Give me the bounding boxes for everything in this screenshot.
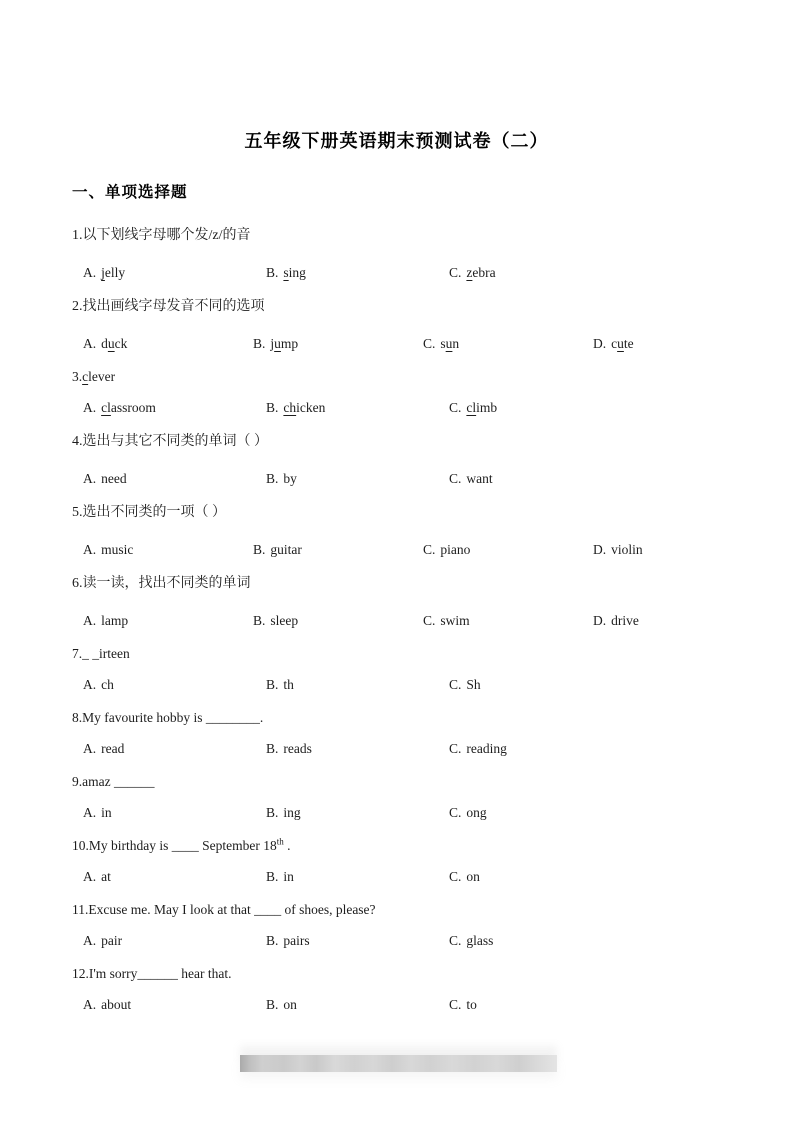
option-word: ong <box>466 805 486 820</box>
option-word: on <box>466 869 480 884</box>
option-word: on <box>283 997 297 1012</box>
underlined-letters: cl <box>101 400 111 415</box>
option-word: jelly <box>101 265 125 280</box>
option-word: drive <box>611 613 639 628</box>
option-label: B. <box>266 471 278 486</box>
question-block: 6.读一读，找出不同类的单词A.lampB.sleepC.swimD.drive <box>72 574 733 630</box>
option-item: C.reading <box>449 740 507 758</box>
question-block: 5.选出不同类的一项（ ）A.musicB.guitarC.pianoD.vio… <box>72 503 733 559</box>
option-label: A. <box>83 869 96 884</box>
question-stem: 10.My birthday is ____ September 18th . <box>72 837 733 855</box>
option-label: C. <box>449 933 461 948</box>
option-word: glass <box>466 933 493 948</box>
option-item: A.duck <box>83 335 253 353</box>
option-word: ch <box>101 677 114 692</box>
option-label: C. <box>423 613 435 628</box>
text-run: 8.My favourite hobby is ________. <box>72 710 263 725</box>
text-run: 12.I'm sorry______ hear that. <box>72 966 232 981</box>
option-item: A.lamp <box>83 612 253 630</box>
option-label: B. <box>253 336 265 351</box>
underlined-letters: cl <box>466 400 476 415</box>
option-item: B.sleep <box>253 612 423 630</box>
option-item: B.chicken <box>266 399 449 417</box>
option-label: A. <box>83 805 96 820</box>
text-run: 6.读一读，找出不同类的单词 <box>72 576 251 591</box>
option-label: C. <box>449 741 461 756</box>
option-label: B. <box>266 997 278 1012</box>
question-block: 4.选出与其它不同类的单词（ ）A.needB.byC.want <box>72 432 733 488</box>
option-item: A.in <box>83 804 266 822</box>
text-run: elly <box>105 265 125 280</box>
option-label: D. <box>593 542 606 557</box>
text-run: guitar <box>270 542 302 557</box>
option-word: sing <box>283 265 306 280</box>
options-row: A.inB.ingC.ong <box>72 804 733 822</box>
options-row: A.musicB.guitarC.pianoD.violin <box>72 541 733 559</box>
option-item: C.want <box>449 470 493 488</box>
option-item: B.pairs <box>266 932 449 950</box>
underlined-letters: u <box>108 336 115 351</box>
option-item: C.swim <box>423 612 593 630</box>
option-item: B.sing <box>266 264 449 282</box>
text-run: music <box>101 542 133 557</box>
text-run: pair <box>101 933 122 948</box>
question-stem: 12.I'm sorry______ hear that. <box>72 965 733 983</box>
option-word: duck <box>101 336 127 351</box>
question-block: 12.I'm sorry______ hear that.A.aboutB.on… <box>72 965 733 1014</box>
text-run: need <box>101 471 126 486</box>
text-run: icken <box>296 400 325 415</box>
option-item: A.about <box>83 996 266 1014</box>
text-run: about <box>101 997 131 1012</box>
question-block: 7._ _irteenA.chB.thC.Sh <box>72 645 733 694</box>
option-label: B. <box>266 400 278 415</box>
text-run: ch <box>101 677 114 692</box>
option-word: zebra <box>466 265 495 280</box>
text-run: d <box>101 336 108 351</box>
option-item: C.sun <box>423 335 593 353</box>
option-word: in <box>283 869 294 884</box>
option-label: A. <box>83 336 96 351</box>
option-word: at <box>101 869 111 884</box>
option-word: climb <box>466 400 497 415</box>
option-item: B.ing <box>266 804 449 822</box>
text-run: lamp <box>101 613 128 628</box>
text-run: Sh <box>466 677 480 692</box>
underlined-letters: u <box>274 336 281 351</box>
question-stem: 4.选出与其它不同类的单词（ ） <box>72 432 733 452</box>
options-row: A.lampB.sleepC.swimD.drive <box>72 612 733 630</box>
text-run: n <box>452 336 459 351</box>
option-word: piano <box>440 542 470 557</box>
question-list: 1.以下划线字母哪个发/z/的音A.jellyB.singC.zebra2.找出… <box>72 226 733 1014</box>
option-item: B.on <box>266 996 449 1014</box>
text-run: te <box>624 336 634 351</box>
option-item: A.need <box>83 470 266 488</box>
exam-page: 五年级下册英语期末预测试卷（二） 一、单项选择题 1.以下划线字母哪个发/z/的… <box>0 0 793 1122</box>
option-item: C.Sh <box>449 676 481 694</box>
option-word: jump <box>270 336 298 351</box>
section-heading: 一、单项选择题 <box>72 180 733 202</box>
text-run: sleep <box>270 613 298 628</box>
option-label: C. <box>449 869 461 884</box>
option-word: guitar <box>270 542 302 557</box>
option-item: A.music <box>83 541 253 559</box>
option-word: want <box>466 471 492 486</box>
question-block: 11.Excuse me. May I look at that ____ of… <box>72 901 733 950</box>
text-run: pairs <box>283 933 309 948</box>
text-run: assroom <box>111 400 156 415</box>
options-row: A.aboutB.onC.to <box>72 996 733 1014</box>
question-stem: 3.clever <box>72 368 733 386</box>
text-run: . <box>284 838 291 853</box>
option-label: C. <box>449 471 461 486</box>
text-run: th <box>283 677 294 692</box>
option-word: need <box>101 471 126 486</box>
option-item: B.in <box>266 868 449 886</box>
text-run: ong <box>466 805 486 820</box>
option-item: A.ch <box>83 676 266 694</box>
question-stem: 5.选出不同类的一项（ ） <box>72 503 733 523</box>
text-run: in <box>283 869 294 884</box>
option-label: C. <box>449 265 461 280</box>
option-label: D. <box>593 336 606 351</box>
text-run: violin <box>611 542 643 557</box>
option-item: C.glass <box>449 932 493 950</box>
text-run: want <box>466 471 492 486</box>
text-run: lever <box>88 369 115 384</box>
option-word: reading <box>466 741 506 756</box>
option-label: A. <box>83 542 96 557</box>
option-word: ing <box>283 805 300 820</box>
question-stem: 11.Excuse me. May I look at that ____ of… <box>72 901 733 919</box>
option-label: C. <box>449 677 461 692</box>
option-word: music <box>101 542 133 557</box>
option-label: B. <box>266 741 278 756</box>
text-run: 3. <box>72 369 82 384</box>
options-row: A.duckB.jumpC.sunD.cute <box>72 335 733 353</box>
question-block: 10.My birthday is ____ September 18th .A… <box>72 837 733 886</box>
option-item: A.classroom <box>83 399 266 417</box>
text-run: ebra <box>472 265 495 280</box>
option-word: cute <box>611 336 634 351</box>
option-word: Sh <box>466 677 480 692</box>
option-word: pairs <box>283 933 309 948</box>
text-run: to <box>466 997 477 1012</box>
option-word: sun <box>440 336 459 351</box>
option-label: A. <box>83 997 96 1012</box>
option-item: B.reads <box>266 740 449 758</box>
text-run: 4.选出与其它不同类的单词（ ） <box>72 434 268 449</box>
options-row: A.pairB.pairsC.glass <box>72 932 733 950</box>
option-item: C.piano <box>423 541 593 559</box>
option-item: C.climb <box>449 399 497 417</box>
option-item: A.pair <box>83 932 266 950</box>
option-item: D.drive <box>593 612 639 630</box>
option-item: C.zebra <box>449 264 496 282</box>
option-item: A.at <box>83 868 266 886</box>
option-label: C. <box>449 997 461 1012</box>
options-row: A.readB.readsC.reading <box>72 740 733 758</box>
options-row: A.classroomB.chickenC.climb <box>72 399 733 417</box>
text-run: ing <box>283 805 300 820</box>
option-item: C.to <box>449 996 477 1014</box>
option-label: A. <box>83 265 96 280</box>
option-label: A. <box>83 933 96 948</box>
option-word: sleep <box>270 613 298 628</box>
option-label: C. <box>423 336 435 351</box>
option-label: A. <box>83 741 96 756</box>
option-item: C.ong <box>449 804 487 822</box>
option-word: violin <box>611 542 643 557</box>
option-word: pair <box>101 933 122 948</box>
question-stem: 1.以下划线字母哪个发/z/的音 <box>72 226 733 246</box>
option-label: B. <box>266 677 278 692</box>
option-label: B. <box>266 265 278 280</box>
text-run: reads <box>283 741 311 756</box>
superscript-ordinal: th <box>277 837 284 847</box>
underlined-letters: ch <box>283 400 296 415</box>
question-stem: 2.找出画线字母发音不同的选项 <box>72 297 733 317</box>
text-run: ck <box>115 336 128 351</box>
option-item: D.violin <box>593 541 643 559</box>
option-item: B.th <box>266 676 449 694</box>
option-label: B. <box>266 933 278 948</box>
text-run: by <box>283 471 297 486</box>
option-label: C. <box>449 400 461 415</box>
question-block: 8.My favourite hobby is ________.A.readB… <box>72 709 733 758</box>
option-word: reads <box>283 741 311 756</box>
option-label: B. <box>253 542 265 557</box>
option-item: B.by <box>266 470 449 488</box>
question-stem: 7._ _irteen <box>72 645 733 663</box>
option-item: B.guitar <box>253 541 423 559</box>
option-item: D.cute <box>593 335 634 353</box>
option-label: B. <box>266 805 278 820</box>
text-run: 2.找出画线字母发音不同的选项 <box>72 299 265 314</box>
text-run: 5.选出不同类的一项（ ） <box>72 505 226 520</box>
text-run: 11.Excuse me. May I look at that ____ of… <box>72 902 376 917</box>
option-label: A. <box>83 471 96 486</box>
text-run: 10.My birthday is ____ September 18 <box>72 838 277 853</box>
options-row: A.jellyB.singC.zebra <box>72 264 733 282</box>
option-word: by <box>283 471 297 486</box>
question-block: 1.以下划线字母哪个发/z/的音A.jellyB.singC.zebra <box>72 226 733 282</box>
options-row: A.atB.inC.on <box>72 868 733 886</box>
text-run: mp <box>281 336 298 351</box>
option-word: th <box>283 677 294 692</box>
option-item: B.jump <box>253 335 423 353</box>
option-word: to <box>466 997 477 1012</box>
option-word: classroom <box>101 400 156 415</box>
text-run: swim <box>440 613 469 628</box>
option-label: A. <box>83 400 96 415</box>
option-label: A. <box>83 613 96 628</box>
text-run: 7._ _irteen <box>72 646 130 661</box>
text-run: in <box>101 805 112 820</box>
question-block: 2.找出画线字母发音不同的选项A.duckB.jumpC.sunD.cute <box>72 297 733 353</box>
option-word: chicken <box>283 400 325 415</box>
text-run: on <box>283 997 297 1012</box>
text-run: glass <box>466 933 493 948</box>
page-title: 五年级下册英语期末预测试卷（二） <box>0 0 793 153</box>
option-word: about <box>101 997 131 1012</box>
question-stem: 8.My favourite hobby is ________. <box>72 709 733 727</box>
option-label: B. <box>253 613 265 628</box>
text-run: drive <box>611 613 639 628</box>
text-run: ing <box>289 265 306 280</box>
question-block: 3.cleverA.classroomB.chickenC.climb <box>72 368 733 417</box>
option-word: lamp <box>101 613 128 628</box>
text-run: reading <box>466 741 506 756</box>
underlined-letters: u <box>617 336 624 351</box>
question-stem: 9.amaz ______ <box>72 773 733 791</box>
option-label: C. <box>423 542 435 557</box>
options-row: A.chB.thC.Sh <box>72 676 733 694</box>
page-content: 一、单项选择题 1.以下划线字母哪个发/z/的音A.jellyB.singC.z… <box>72 180 733 1014</box>
text-run: imb <box>476 400 497 415</box>
option-word: swim <box>440 613 469 628</box>
option-word: read <box>101 741 124 756</box>
option-item: A.jelly <box>83 264 266 282</box>
options-row: A.needB.byC.want <box>72 470 733 488</box>
option-label: C. <box>449 805 461 820</box>
text-run: on <box>466 869 480 884</box>
option-item: A.read <box>83 740 266 758</box>
text-run: 9.amaz ______ <box>72 774 154 789</box>
option-label: D. <box>593 613 606 628</box>
text-run: read <box>101 741 124 756</box>
question-block: 9.amaz ______A.inB.ingC.ong <box>72 773 733 822</box>
text-run: at <box>101 869 111 884</box>
option-word: in <box>101 805 112 820</box>
option-label: B. <box>266 869 278 884</box>
text-run: 1.以下划线字母哪个发/z/的音 <box>72 228 251 243</box>
redacted-watermark-bar <box>240 1055 557 1072</box>
text-run: piano <box>440 542 470 557</box>
option-label: A. <box>83 677 96 692</box>
option-item: C.on <box>449 868 480 886</box>
question-stem: 6.读一读，找出不同类的单词 <box>72 574 733 594</box>
